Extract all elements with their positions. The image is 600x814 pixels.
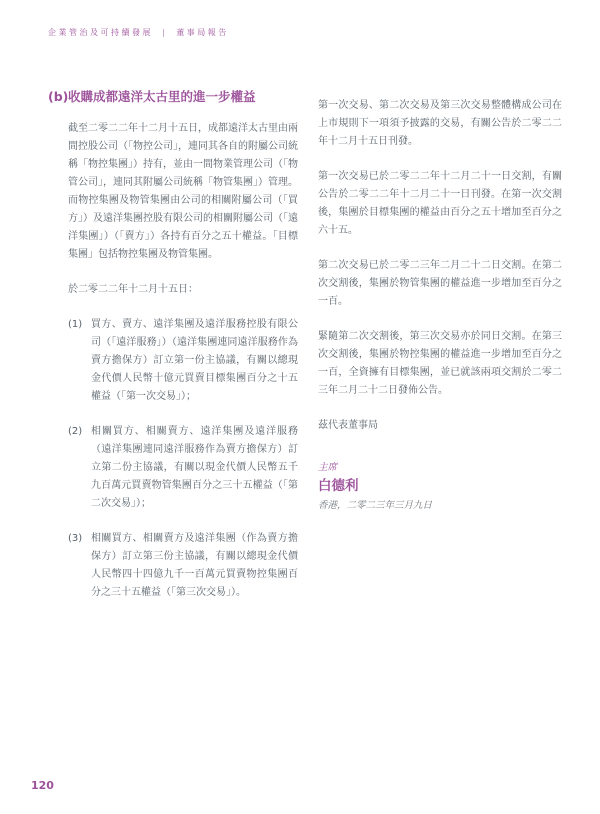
paragraph: 第一次交易已於二零二二年十二月二十一日交割，有關公告於二零二二年十二月二十一日刊…	[318, 168, 562, 240]
running-header: 企業管治及可持續發展 | 董事局報告	[48, 27, 229, 38]
document-page: 企業管治及可持續發展 | 董事局報告 (b) 收購成都遠洋太古里的進一步權益 截…	[0, 0, 600, 814]
list-item-text: 相關買方、相關賣方、遠洋集團及遠洋服務（遠洋集團連同遠洋服務作為賣方擔保方）訂立…	[91, 423, 298, 513]
list-item: (3) 相關買方、相關賣方及遠洋集團（作為賣方擔保方）訂立第三份主協議，有關以總…	[68, 530, 298, 602]
paragraph: 緊隨第二次交割後，第三次交易亦於同日交割。在第三次交割後，集團於物控集團的權益進…	[318, 328, 562, 400]
page-number: 120	[31, 779, 54, 792]
section-heading: (b) 收購成都遠洋太古里的進一步權益	[48, 88, 298, 105]
list-item: (2) 相關買方、相關賣方、遠洋集團及遠洋服務（遠洋集團連同遠洋服務作為賣方擔保…	[68, 423, 298, 513]
section-body: 截至二零二二年十二月十五日，成都遠洋太古里由兩間控股公司（「物控公司」，連同其各…	[68, 120, 298, 602]
signatory-title: 主席	[318, 461, 562, 475]
heading-index-label: (b)	[48, 88, 68, 105]
list-marker: (1)	[68, 316, 91, 406]
heading-text: 收購成都遠洋太古里的進一步權益	[68, 88, 256, 105]
list-item-text: 相關買方、相關賣方及遠洋集團（作為賣方擔保方）訂立第三份主協議，有關以總現金代價…	[91, 530, 298, 602]
paragraph: 於二零二二年十二月十五日：	[68, 281, 298, 299]
paragraph: 截至二零二二年十二月十五日，成都遠洋太古里由兩間控股公司（「物控公司」，連同其各…	[68, 120, 298, 264]
header-section-title: 企業管治及可持續發展	[48, 28, 153, 37]
list-marker: (2)	[68, 423, 91, 513]
list-item: (1) 買方、賣方、遠洋集團及遠洋服務控股有限公司（「遠洋服務」）（遠洋集團連同…	[68, 316, 298, 406]
right-column: 第一次交易、第二次交易及第三次交易整體構成公司在上市規則下一項須予披露的交易，有…	[318, 88, 562, 619]
signature-place-date: 香港，二零二三年三月九日	[318, 499, 562, 513]
two-column-body: (b) 收購成都遠洋太古里的進一步權益 截至二零二二年十二月十五日，成都遠洋太古…	[48, 88, 562, 619]
paragraph: 第二次交易已於二零二三年二月二十二日交割。在第二次交割後，集團於物管集團的權益進…	[318, 257, 562, 311]
header-subsection-title: 董事局報告	[176, 28, 229, 37]
left-column: (b) 收購成都遠洋太古里的進一步權益 截至二零二二年十二月十五日，成都遠洋太古…	[48, 88, 298, 619]
paragraph: 第一次交易、第二次交易及第三次交易整體構成公司在上市規則下一項須予披露的交易，有…	[318, 97, 562, 151]
on-behalf-line: 茲代表董事局	[318, 417, 562, 435]
signature-block: 主席 白德利 香港，二零二三年三月九日	[318, 461, 562, 513]
signatory-name: 白德利	[318, 477, 562, 495]
header-separator: |	[162, 28, 167, 37]
list-item-text: 買方、賣方、遠洋集團及遠洋服務控股有限公司（「遠洋服務」）（遠洋集團連同遠洋服務…	[91, 316, 298, 406]
list-marker: (3)	[68, 530, 91, 602]
